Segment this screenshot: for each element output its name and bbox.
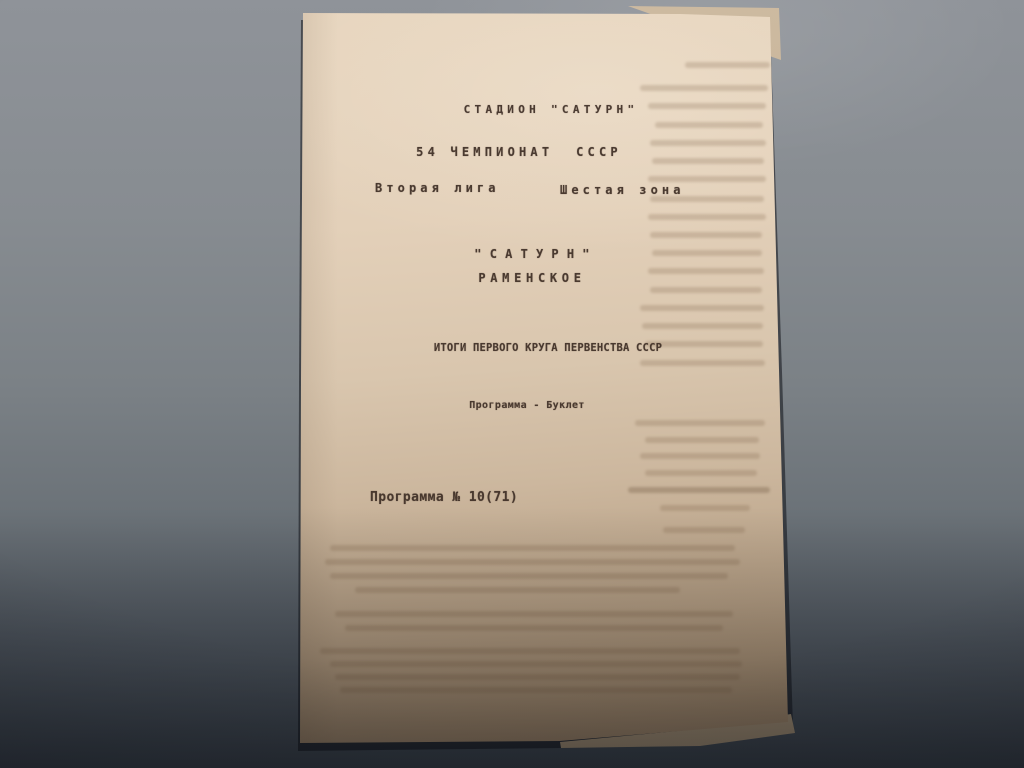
- show-through-line: [330, 661, 742, 667]
- show-through-line: [650, 140, 766, 146]
- show-through-line: [340, 687, 732, 693]
- show-through-line: [325, 559, 740, 565]
- show-through-line: [648, 268, 764, 274]
- show-through-line: [640, 360, 765, 366]
- show-through-line: [685, 62, 770, 68]
- show-through-line: [645, 470, 757, 476]
- show-through-line: [330, 545, 735, 551]
- show-through-line: [645, 437, 759, 443]
- championship-title: 54 ЧЕМПИОНАТ СССР: [416, 145, 622, 159]
- show-through-line: [648, 176, 766, 182]
- show-through-line: [335, 611, 733, 617]
- show-through-line: [628, 487, 770, 493]
- show-through-line: [330, 573, 728, 579]
- subtitle-first-round-results: ИТОГИ ПЕРВОГО КРУГА ПЕРВЕНСТВА СССР: [434, 342, 662, 354]
- show-through-line: [652, 158, 764, 164]
- show-through-line: [648, 214, 766, 220]
- program-type-label: Программа - Буклет: [469, 400, 585, 411]
- stadium-title: СТАДИОН "САТУРН": [464, 103, 639, 116]
- show-through-line: [640, 453, 760, 459]
- team-city: РАМЕНСКОЕ: [478, 271, 585, 285]
- program-number-label: Программа № 10(71): [370, 490, 518, 505]
- show-through-line: [663, 527, 745, 533]
- show-through-line: [645, 341, 763, 347]
- show-through-line: [320, 648, 740, 654]
- show-through-line: [648, 103, 766, 109]
- show-through-line: [660, 505, 750, 511]
- show-through-line: [355, 587, 680, 593]
- show-through-line: [652, 250, 762, 256]
- show-through-line: [655, 122, 763, 128]
- zone-label: Шестая зона: [560, 183, 685, 197]
- show-through-line: [335, 674, 740, 680]
- show-through-line: [650, 232, 762, 238]
- show-through-line: [345, 625, 723, 631]
- league-label: Вторая лига: [375, 181, 500, 195]
- team-name: "САТУРН": [474, 247, 597, 261]
- photo-of-football-program: СТАДИОН "САТУРН" 54 ЧЕМПИОНАТ СССР Втора…: [0, 0, 1024, 768]
- show-through-line: [640, 305, 764, 311]
- show-through-line: [640, 85, 768, 91]
- show-through-line: [650, 287, 762, 293]
- show-through-line: [642, 323, 763, 329]
- show-through-line: [635, 420, 765, 426]
